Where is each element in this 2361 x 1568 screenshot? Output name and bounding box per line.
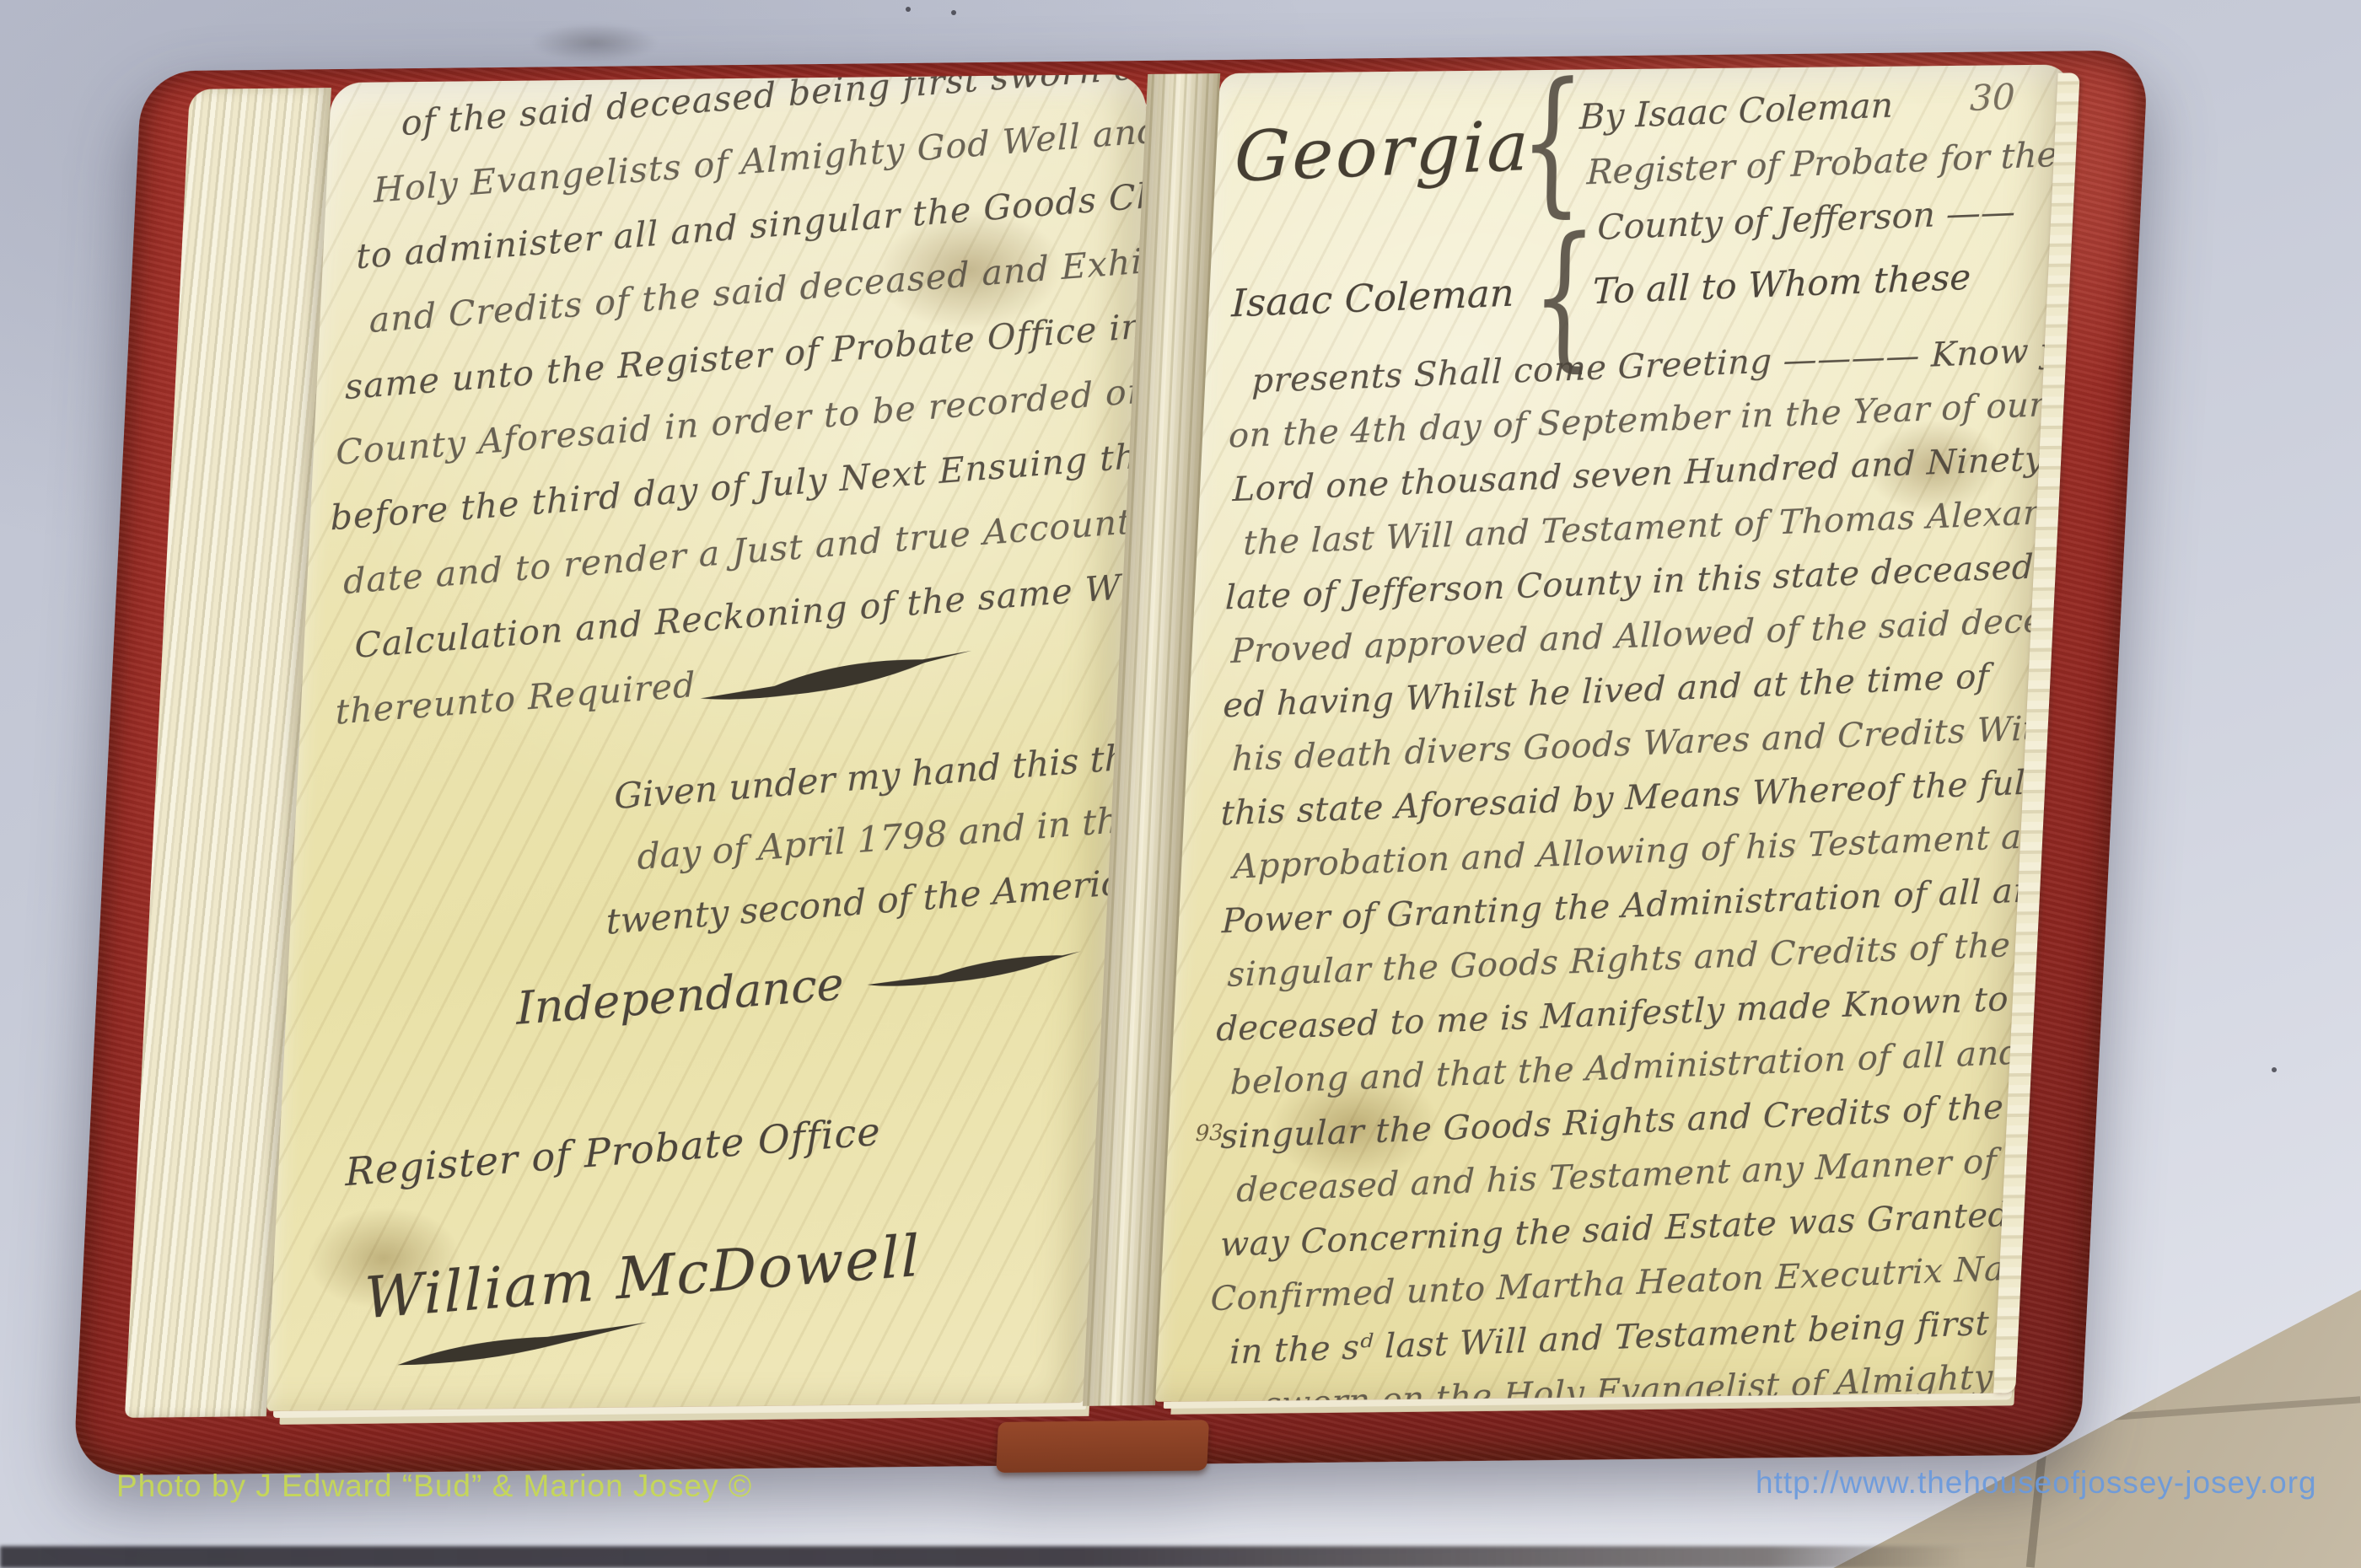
salutation-line: To all to Whom these [1592, 256, 1971, 312]
office-line: Register of Probate Office [345, 1093, 1085, 1195]
independance-line: Independance [516, 939, 1083, 1035]
book-spine [996, 1420, 1209, 1473]
right-page-manuscript: Georgia { By Isaac ColemanRegister of Pr… [1207, 72, 2037, 1402]
signature: William McDowell [363, 1211, 1087, 1333]
table-speck [951, 10, 956, 15]
record-book: of the said deceased being first sworn o… [73, 51, 2149, 1476]
left-page-body: of the said deceased being first sworn o… [323, 74, 1077, 745]
left-page-manuscript: of the said deceased being first sworn o… [323, 74, 1089, 1384]
margin-note: 93 [1195, 1120, 1224, 1146]
table-speck [2272, 1067, 2277, 1072]
ink-flourish [865, 943, 1082, 1004]
website-watermark: http://www.thehouseofjossey-josey.org [1756, 1465, 2317, 1501]
table-speck [906, 7, 911, 12]
open-pages: of the said deceased being first sworn o… [125, 65, 2067, 1413]
page-number: 30 [1970, 76, 2016, 119]
photo-scene: of the said deceased being first sworn o… [0, 0, 2361, 1568]
left-page: of the said deceased being first sworn o… [266, 74, 1148, 1411]
manuscript-line: Independance [516, 957, 844, 1035]
left-page-closing: Given under my hand this thirdday of Apr… [614, 730, 1081, 953]
heading-state: Georgia [1234, 106, 1532, 197]
table-edge-shadow [0, 1546, 1965, 1568]
table-smudge [531, 24, 658, 62]
party-name: Isaac Coleman [1231, 271, 1514, 326]
photo-credit-watermark: Photo by J Edward “Bud” & Marion Josey © [116, 1469, 752, 1504]
right-page-body: presents Shall come Greeting ———— Know y… [1207, 325, 2032, 1402]
right-page: Georgia { By Isaac ColemanRegister of Pr… [1155, 64, 2072, 1401]
signature-flourish [395, 1318, 649, 1377]
right-page-heading: Georgia { By Isaac ColemanRegister of Pr… [1230, 72, 2037, 352]
